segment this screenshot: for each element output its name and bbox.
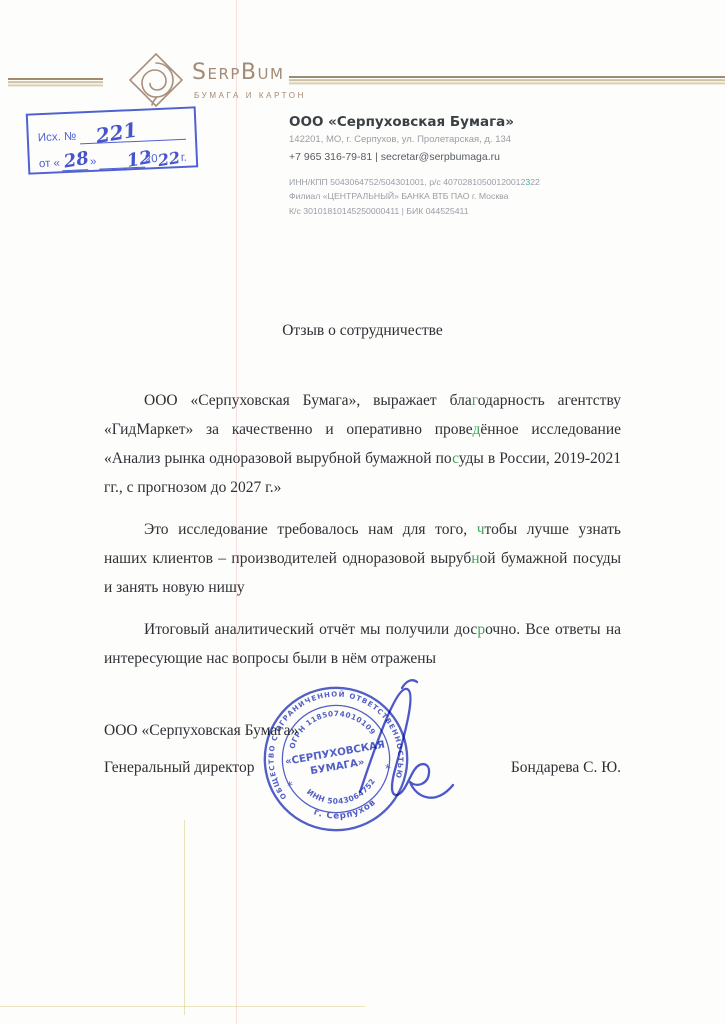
letterhead-rule-left — [8, 78, 103, 80]
date-quote-close: » — [90, 156, 97, 170]
date-day-line: 28 — [61, 147, 88, 171]
handwritten-month: 12 — [126, 147, 154, 172]
handwritten-day: 28 — [62, 148, 90, 173]
requisites-line-2: Филиал «ЦЕНТРАЛЬНЫЙ» БАНКА ВТБ ПАО г. Мо… — [289, 189, 540, 203]
company-phone-email: +7 965 316-79-81 | secretar@serpbumaga.r… — [289, 151, 540, 163]
letterhead-rule-right — [289, 76, 725, 78]
paragraph-1: ООО «Серпуховская Бумага», выражает благ… — [104, 386, 621, 502]
paragraph-2: Это исследование требовалось нам для тог… — [104, 515, 621, 602]
paragraph-3: Итоговый аналитический отчёт мы получили… — [104, 615, 621, 673]
seal-star-left: * — [286, 778, 294, 793]
outgoing-number-stamp: Исх. № 221 от « 28 » 12 20 22 г. — [26, 106, 198, 174]
company-requisites: ИНН/КПП 5043064752/504301001, р/с 407028… — [289, 175, 540, 218]
requisites-line-3: К/с 30101810145250000411 | БИК 044525411 — [289, 204, 540, 218]
company-address: 142201, МО, г. Серпухов, ул. Пролетарска… — [289, 134, 540, 145]
scan-green-letter: ч — [477, 521, 485, 538]
paragraph-text: Это исследование требовалось нам для тог… — [144, 521, 477, 538]
brand-name: SerpBum — [192, 60, 284, 85]
letter-page: SerpBum БУМАГА И КАРТОН Исх. № 221 от « … — [0, 0, 725, 1024]
scan-green-letter: р — [477, 621, 485, 638]
director-signature — [346, 672, 464, 824]
scan-green-letter: н — [471, 550, 479, 567]
requisites-inn-account: ИНН/КПП 5043064752/504301001, р/с 407028… — [289, 177, 525, 187]
requisites-account-tail: 22 — [530, 177, 540, 187]
company-contact-block: ООО «Серпуховская Бумага» 142201, МО, г.… — [289, 114, 540, 218]
paragraph-text: Итоговый аналитический отчёт мы получили… — [144, 621, 477, 638]
letter-body: Отзыв о сотрудничестве ООО «Серпуховская… — [104, 322, 621, 686]
signer-name: Бондарева С. Ю. — [511, 759, 621, 777]
date-month-line: 12 — [99, 145, 145, 170]
outgoing-number-line: 221 — [79, 117, 186, 145]
requisites-line-1: ИНН/КПП 5043064752/504301001, р/с 407028… — [289, 175, 540, 189]
scan-artifact-line — [0, 1006, 365, 1007]
company-name: ООО «Серпуховская Бумага» — [289, 114, 540, 130]
paragraph-text: ООО «Серпуховская Бумага», выражает бла — [144, 392, 472, 409]
brand-tagline: БУМАГА И КАРТОН — [194, 91, 306, 100]
signer-position: Генеральный директор — [104, 759, 255, 777]
date-year-suffix: г. — [181, 152, 188, 166]
letter-title: Отзыв о сотрудничестве — [104, 322, 621, 340]
scan-green-letter: с — [452, 450, 459, 467]
handwritten-year: 22 — [156, 148, 181, 170]
serpbum-logo-icon — [126, 50, 186, 110]
scan-artifact-line — [184, 820, 185, 1015]
date-from-label: от « — [39, 157, 61, 172]
outgoing-number-label: Исх. № — [38, 131, 77, 147]
